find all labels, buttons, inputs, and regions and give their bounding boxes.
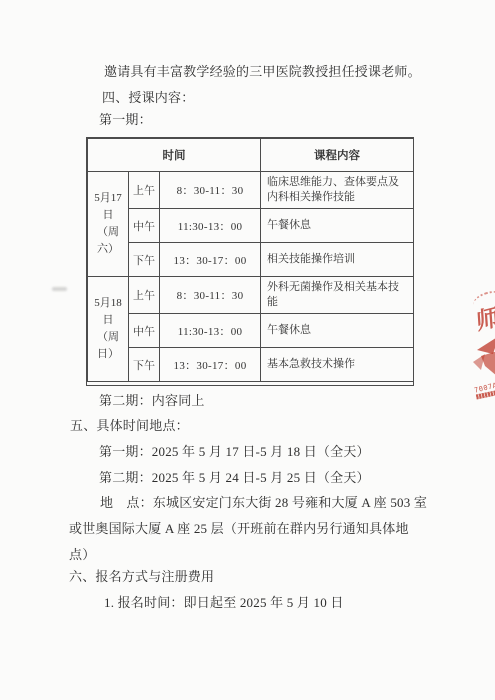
time-cell: 13：30-17：00 — [160, 243, 261, 277]
content-cell: 相关技能操作培训 — [261, 243, 414, 277]
phase-2-time: 第二期：2025 年 5 月 24 日-5 月 25 日（全天） — [99, 469, 370, 487]
intro-text: 邀请具有丰富教学经验的三甲医院教授担任授课老师。 — [104, 63, 421, 81]
period-cell: 上午 — [129, 172, 160, 209]
section-4-heading: 四、授课内容： — [102, 89, 194, 107]
phase-1-label: 第一期： — [99, 111, 152, 129]
period-cell: 中午 — [129, 209, 160, 243]
content-cell: 基本急救技术操作 — [261, 348, 414, 382]
location-line-2: 或世奥国际大厦 A 座 25 层（开班前在群内另行通知具体地 — [69, 520, 409, 538]
content-cell: 外科无菌操作及相关基本技能 — [261, 277, 414, 314]
date-day2: 5月18日 — [92, 295, 124, 329]
table-header-time: 时间 — [88, 139, 261, 172]
period-cell: 中午 — [129, 314, 160, 348]
time-cell: 8：30-11：30 — [160, 277, 261, 314]
seal-character: 师 — [475, 298, 495, 337]
section-6-heading: 六、报名方式与注册费用 — [69, 568, 214, 586]
time-cell: 11:30-13：00 — [160, 314, 261, 348]
period-cell: 下午 — [129, 348, 160, 382]
content-cell: 午餐休息 — [261, 209, 414, 243]
content-cell: 临床思维能力、查体要点及内科相关操作技能 — [261, 172, 414, 209]
table-header-content: 课程内容 — [261, 139, 414, 172]
section-5-heading: 五、具体时间地点： — [70, 417, 189, 435]
course-schedule-table: 时间 课程内容 5月17日 （周六） 上午 8：30-11：30 临床思维能力、… — [87, 138, 414, 382]
registration-time: 1. 报名时间：即日起至 2025 年 5 月 10 日 — [104, 594, 344, 612]
date-cell-day2: 5月18日 （周日） — [88, 277, 129, 382]
seal-ribbon-icon — [471, 336, 495, 378]
weekday-day1: （周六） — [92, 224, 124, 258]
phase-2-note: 第二期：内容同上 — [99, 392, 205, 410]
time-cell: 11:30-13：00 — [160, 209, 261, 243]
location-line-3: 点） — [69, 546, 95, 564]
document-page: 邀请具有丰富教学经验的三甲医院教授担任授课老师。 四、授课内容： 第一期： 时间… — [0, 0, 495, 700]
scan-artifact — [52, 287, 67, 291]
period-cell: 下午 — [129, 243, 160, 277]
time-cell: 8：30-11：30 — [160, 172, 261, 209]
time-cell: 13：30-17：00 — [160, 348, 261, 382]
period-cell: 上午 — [129, 277, 160, 314]
date-cell-day1: 5月17日 （周六） — [88, 172, 129, 277]
date-day1: 5月17日 — [92, 190, 124, 224]
red-seal-stamp: 师 7007A — [455, 288, 495, 408]
phase-1-time: 第一期：2025 年 5 月 17 日-5 月 18 日（全天） — [99, 443, 370, 461]
location-line-1: 地 点：东城区安定门东大街 28 号雍和大厦 A 座 503 室 — [100, 494, 427, 512]
content-cell: 午餐休息 — [261, 314, 414, 348]
weekday-day2: （周日） — [92, 329, 124, 363]
